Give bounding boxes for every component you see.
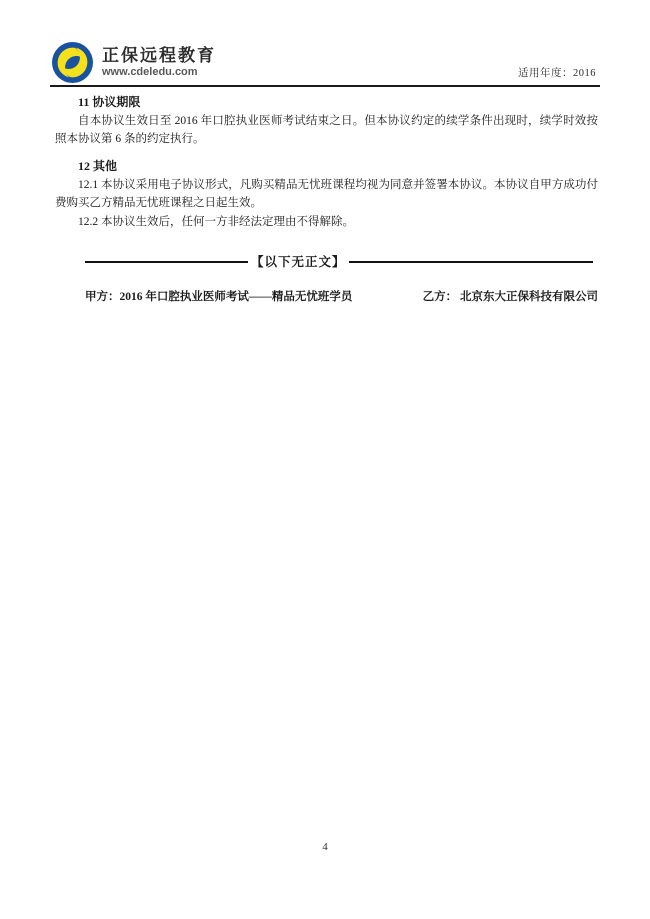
section-12-paragraph-1: 12.1 本协议采用电子协议形式，凡购买精品无忧班课程均视为同意并签署本协议。本… [55, 176, 598, 212]
applicable-year-label: 适用年度：2016 [518, 65, 596, 80]
divider-rule-left [85, 261, 248, 263]
brand-text: 正保远程教育 www.cdeledu.com [102, 46, 216, 79]
divider-rule-right [349, 261, 593, 263]
end-of-text-divider: 【以下无正文】 [85, 253, 593, 271]
end-of-text-label: 【以下无正文】 [248, 253, 349, 271]
section-11-paragraph: 自本协议生效日至 2016 年口腔执业医师考试结束之日。但本协议约定的续学条件出… [55, 112, 598, 148]
brand-name: 正保远程教育 [102, 46, 216, 66]
zhengbao-swirl-icon [52, 42, 93, 83]
parties-row: 甲方：2016 年口腔执业医师考试——精品无忧班学员 乙方： 北京东大正保科技有… [85, 288, 598, 306]
section-12-paragraph-2: 12.2 本协议生效后，任何一方非经法定理由不得解除。 [55, 213, 598, 231]
brand-website: www.cdeledu.com [102, 66, 216, 79]
page-header: 正保远程教育 www.cdeledu.com 适用年度：2016 [50, 0, 600, 87]
page-number: 4 [0, 841, 650, 853]
brand-logo: 正保远程教育 www.cdeledu.com [52, 42, 216, 83]
contract-page: 正保远程教育 www.cdeledu.com 适用年度：2016 11 协议期限… [0, 0, 650, 919]
contract-body: 11 协议期限 自本协议生效日至 2016 年口腔执业医师考试结束之日。但本协议… [55, 85, 598, 306]
party-b-label: 乙方： 北京东大正保科技有限公司 [423, 288, 598, 306]
section-heading-11: 11 协议期限 [55, 93, 598, 111]
section-heading-12: 12 其他 [55, 157, 598, 175]
party-a-label: 甲方：2016 年口腔执业医师考试——精品无忧班学员 [85, 288, 352, 306]
